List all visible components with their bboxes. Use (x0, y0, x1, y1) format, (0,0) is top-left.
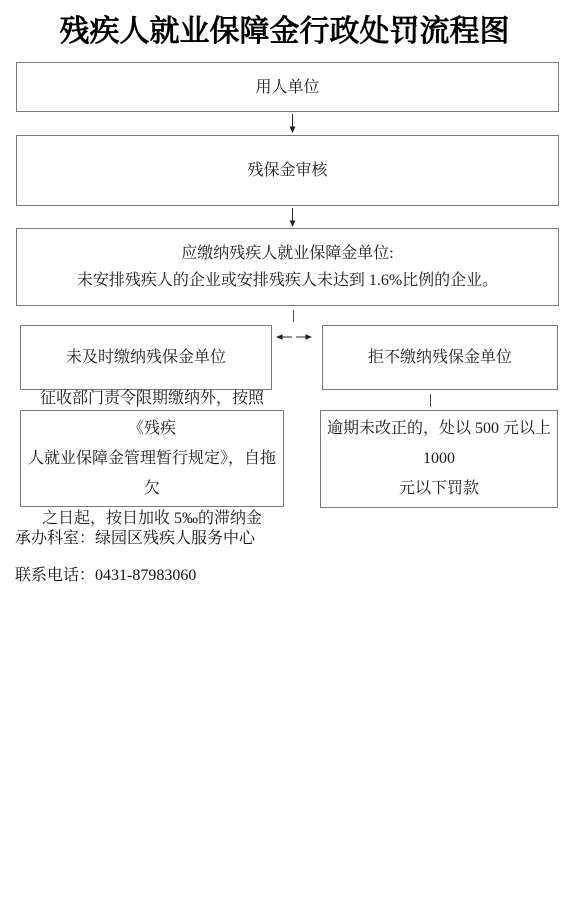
footer-phone: 联系电话：0431-87983060 (15, 566, 196, 586)
flow-box-late-payment: 未及时缴纳残保金单位 (20, 325, 272, 390)
flow-box-refusal-label: 拒不缴纳残保金单位 (368, 344, 512, 371)
flow-box-payable-line1: 应缴纳残疾人就业保障金单位: (181, 240, 393, 267)
left-right-arrows-icon (276, 332, 312, 342)
flow-box-refusal-penalty-line1: 逾期未改正的，处以 500 元以上 1000 (327, 414, 551, 474)
flow-box-refusal-penalty-line2: 元以下罚款 (399, 474, 479, 504)
flow-box-late-penalty-line1: 征收部门责令限期缴纳外，按照《残疾 (27, 384, 277, 444)
connector-line (293, 310, 294, 322)
flow-box-refusal: 拒不缴纳残保金单位 (322, 325, 558, 390)
flow-box-payable: 应缴纳残疾人就业保障金单位: 未安排残疾人的企业或安排残疾人未达到 1.6%比例… (16, 228, 559, 306)
flow-box-review: 残保金审核 (16, 135, 559, 206)
flow-box-late-payment-label: 未及时缴纳残保金单位 (66, 344, 226, 371)
flow-box-late-penalty-line2: 人就业保障金管理暂行规定》，自拖欠 (27, 444, 277, 504)
flow-box-review-label: 残保金审核 (247, 157, 327, 184)
flow-box-late-penalty: 征收部门责令限期缴纳外，按照《残疾 人就业保障金管理暂行规定》，自拖欠 之日起，… (20, 410, 284, 507)
flow-box-refusal-penalty: 逾期未改正的，处以 500 元以上 1000 元以下罚款 (320, 410, 558, 508)
page-title: 残疾人就业保障金行政处罚流程图 (0, 6, 569, 50)
flow-box-employer: 用人单位 (16, 62, 559, 112)
connector-line (430, 394, 431, 407)
flow-box-payable-line2: 未安排残疾人的企业或安排残疾人未达到 1.6%比例的企业。 (77, 267, 498, 294)
down-arrow-icon (288, 208, 297, 227)
flowchart-page: 残疾人就业保障金行政处罚流程图 用人单位 残保金审核 应缴纳残疾人就业保障金单位… (0, 0, 569, 922)
footer-department: 承办科室：绿园区残疾人服务中心 (15, 529, 255, 549)
flow-box-employer-label: 用人单位 (255, 74, 319, 101)
down-arrow-icon (288, 114, 297, 133)
